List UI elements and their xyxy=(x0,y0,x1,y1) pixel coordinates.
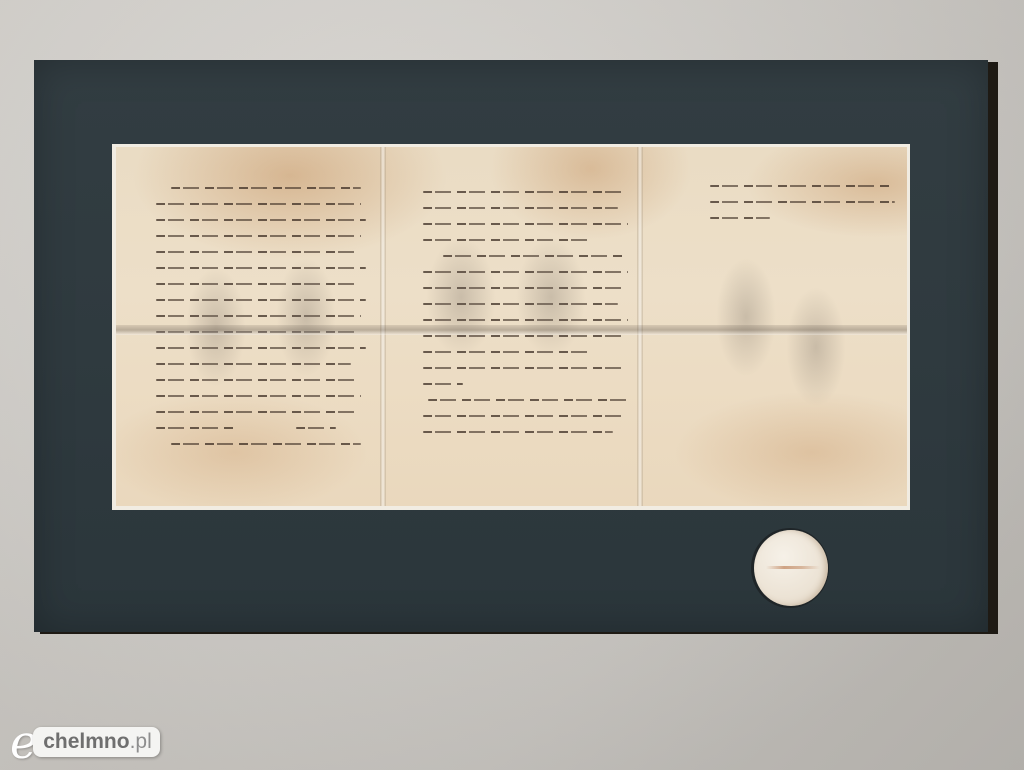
seal-imprint xyxy=(766,566,820,569)
fold-line-horizontal xyxy=(116,325,907,335)
site-watermark: e chelmno .pl xyxy=(10,724,160,760)
crumple-mark xyxy=(716,257,776,377)
crumple-mark xyxy=(426,237,496,357)
historical-letter xyxy=(116,147,907,506)
crumple-mark xyxy=(516,237,586,357)
seal-disc xyxy=(754,530,828,606)
watermark-label: chelmno .pl xyxy=(33,727,160,757)
watermark-tld: .pl xyxy=(130,730,152,754)
crumple-mark xyxy=(276,257,336,377)
crumple-mark xyxy=(786,287,846,407)
watermark-name: chelmno xyxy=(43,730,129,754)
